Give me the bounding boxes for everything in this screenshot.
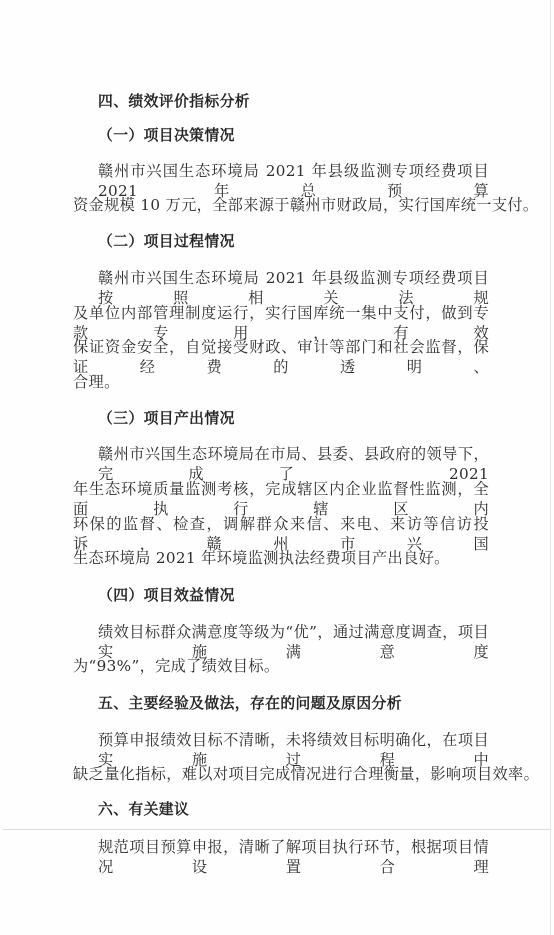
paragraph-line: 生态环境局 2021 年环境监测执法经费项目产出良好。 [73,548,489,568]
paragraph-line: 赣州市兴国生态环境局 2021 年县级监测专项经费项目按照相关法规 [98,268,489,308]
paragraph-line: 年生态环境质量监测考核，完成辖区内企业监督性监测，全面执行辖区内 [73,479,489,519]
subsection-heading-3: （三）项目产出情况 [98,409,514,429]
subsection-heading-2: （二）项目过程情况 [98,232,514,252]
section-heading-4: 四、绩效评价指标分析 [98,92,514,112]
paragraph-line: 规范项目预算申报，清晰了解项目执行环节，根据项目情况设置合理 [98,837,489,877]
subsection-heading-1: （一）项目决策情况 [98,126,514,146]
document-page: 四、绩效评价指标分析 （一）项目决策情况 赣州市兴国生态环境局 2021 年县级… [0,0,554,935]
paragraph-line: 保证资金安全，自觉接受财政、审计等部门和社会监督，保证经费的透明、 [73,337,489,377]
paragraph-line: 赣州市兴国生态环境局在市局、县委、县政府的领导下，完成了 2021 [98,444,489,484]
paragraph-line: 为“93%”，完成了绩效目标。 [73,656,489,676]
subsection-heading-4: （四）项目效益情况 [98,586,514,606]
section-heading-6: 六、有关建议 [98,800,514,820]
paragraph-line: 合理。 [73,372,489,392]
paragraph-line: 缺乏量化指标，难以对项目完成情况进行合理衡量，影响项目效率。 [73,764,489,784]
page-break-divider [3,829,550,830]
section-heading-5: 五、主要经验及做法，存在的问题及原因分析 [98,694,514,714]
page-edge-divider [550,0,551,935]
paragraph-line: 资金规模 10 万元，全部来源于赣州市财政局，实行国库统一支付。 [73,195,489,215]
